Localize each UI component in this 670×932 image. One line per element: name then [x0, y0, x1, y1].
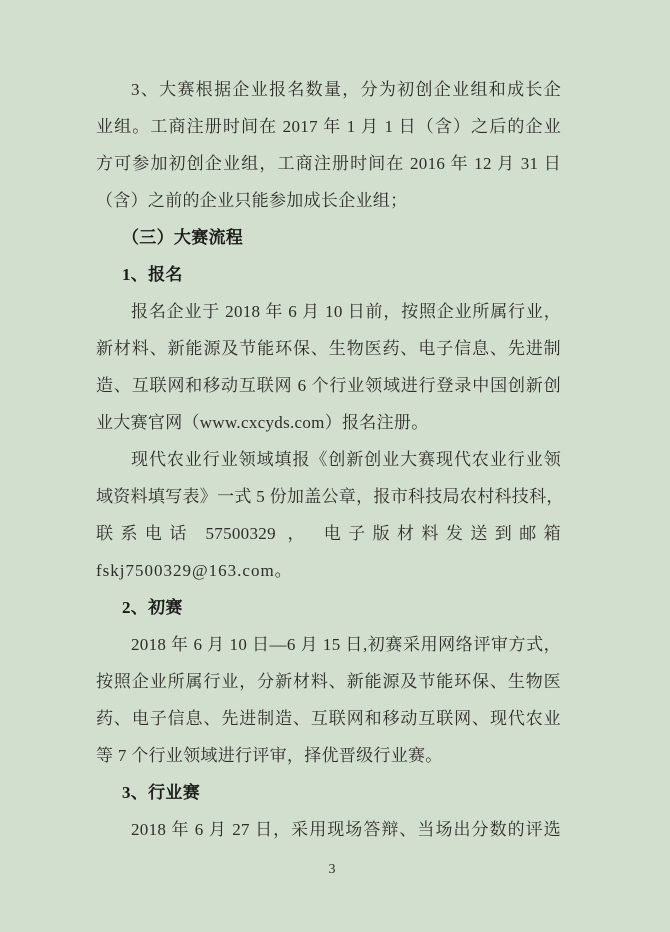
text-line: 2018 年 6 月 10 日—6 月 15 日,初赛采用网络评审方式， — [96, 626, 561, 663]
scanned-document-page: 3、大赛根据企业报名数量，分为初创企业组和成长企 业组。工商注册时间在 2017… — [0, 0, 670, 932]
text-line-email: fskj7500329@163.com。 — [96, 552, 561, 589]
text-line: 等 7 个行业领域进行评审，择优晋级行业赛。 — [96, 737, 561, 774]
text-line: 域资料填写表》一式 5 份加盖公章，报市科技局农村科技科， — [96, 478, 561, 515]
text-line: 报名企业于 2018 年 6 月 10 日前，按照企业所属行业， — [96, 293, 561, 330]
text-line: 按照企业所属行业，分新材料、新能源及节能环保、生物医 — [96, 663, 561, 700]
text-line: 药、电子信息、先进制造、互联网和移动互联网、现代农业 — [96, 700, 561, 737]
page-number: 3 — [0, 862, 667, 878]
heading-competition-process: （三）大赛流程 — [96, 219, 561, 256]
text-line: 新材料、新能源及节能环保、生物医药、电子信息、先进制 — [96, 330, 561, 367]
text-line-website: 业大赛官网（www.cxcyds.com）报名注册。 — [96, 404, 561, 441]
text-line-phone: 联系电话 57500329 ， 电子版材料发送到邮箱 — [96, 515, 561, 552]
heading-preliminary-round: 2、初赛 — [96, 589, 561, 626]
text-line: 造、互联网和移动互联网 6 个行业领域进行登录中国创新创 — [96, 367, 561, 404]
text-line: 业组。工商注册时间在 2017 年 1 月 1 日（含）之后的企业 — [96, 108, 561, 145]
text-line: （含）之前的企业只能参加成长企业组； — [96, 182, 561, 219]
heading-industry-round: 3、行业赛 — [96, 774, 561, 811]
text-line: 3、大赛根据企业报名数量，分为初创企业组和成长企 — [96, 71, 561, 108]
text-line: 方可参加初创企业组，工商注册时间在 2016 年 12 月 31 日 — [96, 145, 561, 182]
text-line: 现代农业行业领域填报《创新创业大赛现代农业行业领 — [96, 441, 561, 478]
heading-registration: 1、报名 — [96, 256, 561, 293]
text-line: 2018 年 6 月 27 日，采用现场答辩、当场出分数的评选 — [96, 811, 561, 848]
document-text-block: 3、大赛根据企业报名数量，分为初创企业组和成长企 业组。工商注册时间在 2017… — [96, 71, 561, 848]
